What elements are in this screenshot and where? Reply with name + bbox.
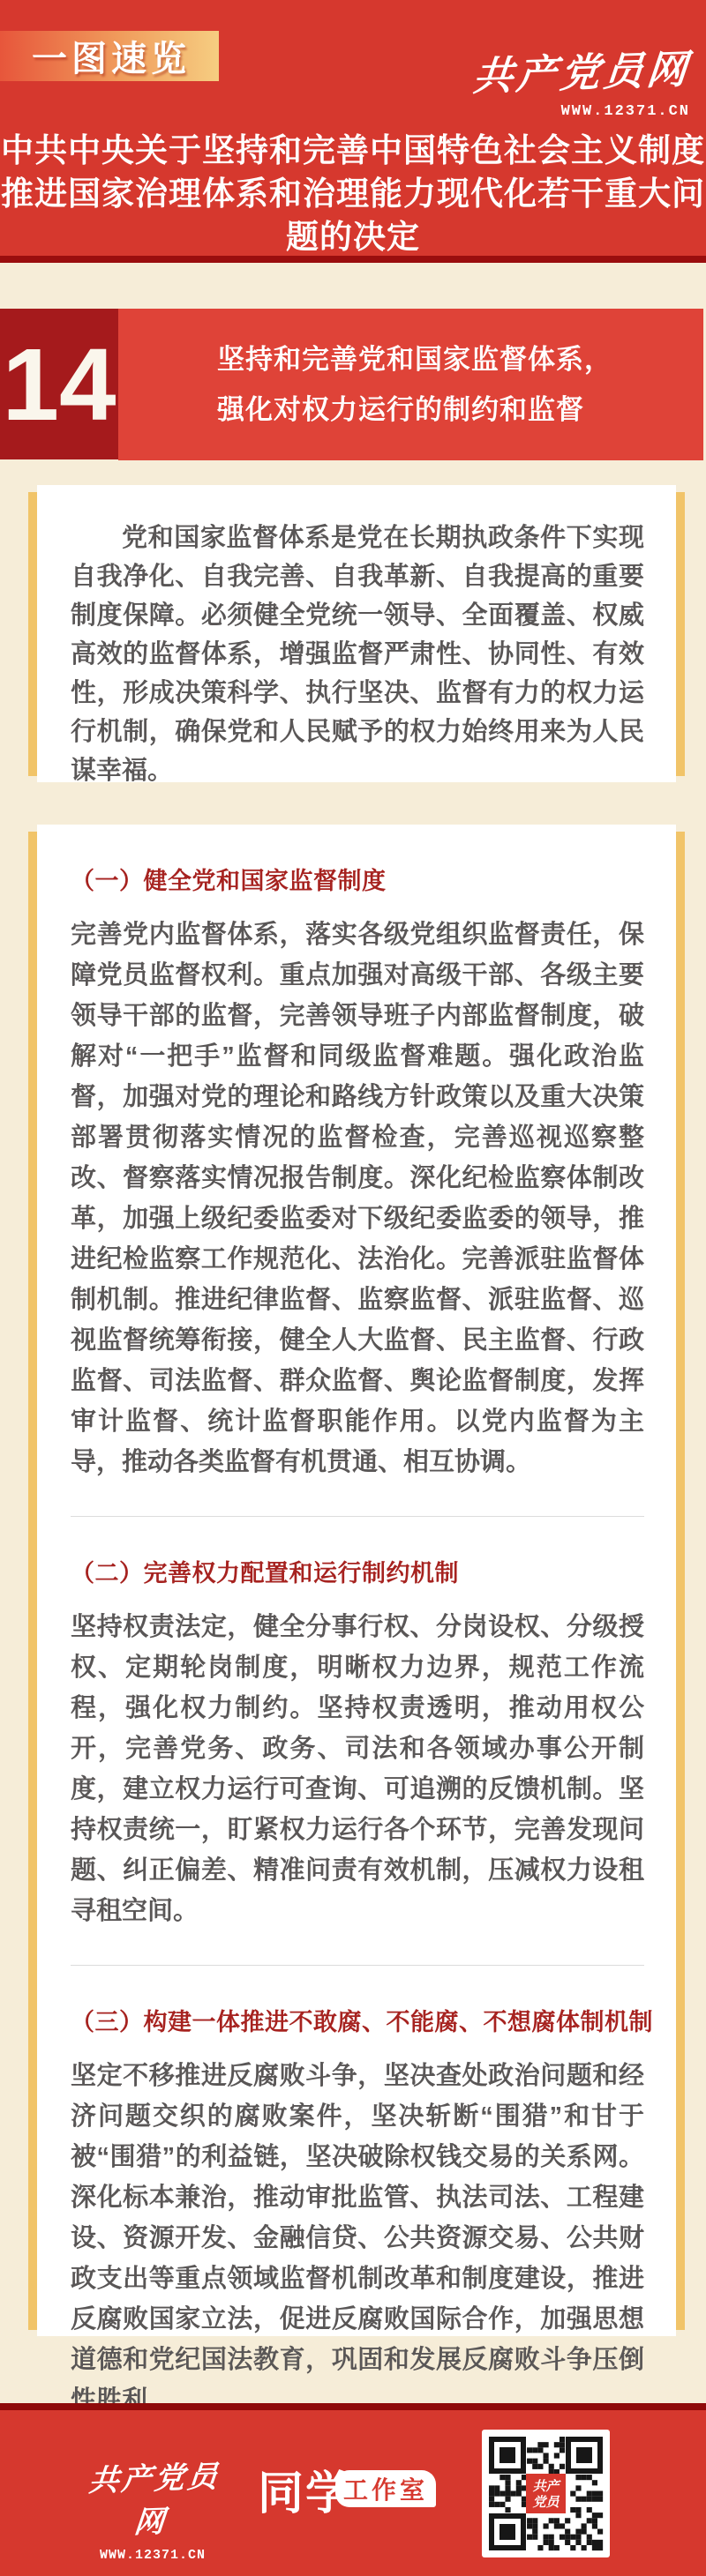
site-logo: 共产党员网 WWW.12371.CN (474, 41, 690, 120)
qr-center-emblem: 共产 党员 (526, 2474, 566, 2513)
site-url: WWW.12371.CN (474, 103, 690, 120)
footer-site-logo: 共产党员网 WWW.12371.CN (78, 2454, 228, 2563)
section-2: （二）完善权力配置和运行制约机制 坚持权责法定，健全分事行权、分岗设权、分级授权… (71, 1517, 644, 1965)
content-card: （一）健全党和国家监督制度 完善党内监督体系，落实各级党组织监督责任，保障党员监… (37, 825, 676, 2336)
document-title-line2: 推进国家治理体系和治理能力现代化若干重大问题的决定 (0, 172, 706, 258)
section-1-body: 完善党内监督体系，落实各级党组织监督责任，保障党员监督权利。重点加强对高级干部、… (71, 915, 644, 1482)
intro-card: 党和国家监督体系是党在长期执政条件下实现自我净化、自我完善、自我革新、自我提高的… (37, 485, 676, 782)
section-3: （三）构建一体推进不敢腐、不能腐、不想腐体制机制 坚定不移推进反腐败斗争，坚决查… (71, 1966, 644, 2454)
chapter-title-line1: 坚持和完善党和国家监督体系， (217, 334, 703, 385)
section-3-heading: （三）构建一体推进不敢腐、不能腐、不想腐体制机制 (71, 2003, 644, 2042)
section-2-heading: （二）完善权力配置和运行制约机制 (71, 1554, 644, 1593)
section-1: （一）健全党和国家监督制度 完善党内监督体系，落实各级党组织监督责任，保障党员监… (71, 825, 644, 1516)
section-1-heading: （一）健全党和国家监督制度 (71, 862, 644, 900)
intro-paragraph: 党和国家监督体系是党在长期执政条件下实现自我净化、自我完善、自我革新、自我提高的… (71, 519, 644, 790)
footer-site-url: WWW.12371.CN (78, 2548, 228, 2563)
site-logo-calligraphy: 共产党员网 (471, 37, 694, 102)
svg-text:共产: 共产 (532, 2478, 561, 2494)
section-2-body: 坚持权责法定，健全分事行权、分岗设权、分级授权、定期轮岗制度，明晰权力边界，规范… (71, 1607, 644, 1931)
footer: 共产党员网 WWW.12371.CN 同学 工作室 共产 党员 (0, 2410, 706, 2576)
quick-view-badge-label: 一图速览 (32, 31, 191, 81)
footer-top-stripe (0, 2403, 706, 2410)
document-title-line1: 中共中央关于坚持和完善中国特色社会主义制度 (0, 129, 706, 172)
chapter-title: 坚持和完善党和国家监督体系， 强化对权力运行的制约和监督 (118, 309, 703, 460)
footer-site-logo-calligraphy: 共产党员网 (73, 2452, 231, 2543)
chapter-number: 14 (0, 309, 118, 459)
chapter-title-line2: 强化对权力运行的制约和监督 (217, 385, 703, 435)
infographic-page: 一图速览 共产党员网 WWW.12371.CN 中共中央关于坚持和完善中国特色社… (0, 0, 706, 2576)
document-title: 中共中央关于坚持和完善中国特色社会主义制度 推进国家治理体系和治理能力现代化若干… (0, 129, 706, 258)
svg-text:党员: 党员 (532, 2495, 560, 2510)
studio-logo-tag: 工作室 (335, 2470, 436, 2507)
studio-logo-tag-label: 工作室 (343, 2471, 428, 2506)
qr-code: 共产 党员 (482, 2430, 610, 2557)
section-3-body: 坚定不移推进反腐败斗争，坚决查处政治问题和经济问题交织的腐败案件，坚决斩断“围猎… (71, 2056, 644, 2421)
quick-view-badge: 一图速览 (0, 31, 219, 81)
